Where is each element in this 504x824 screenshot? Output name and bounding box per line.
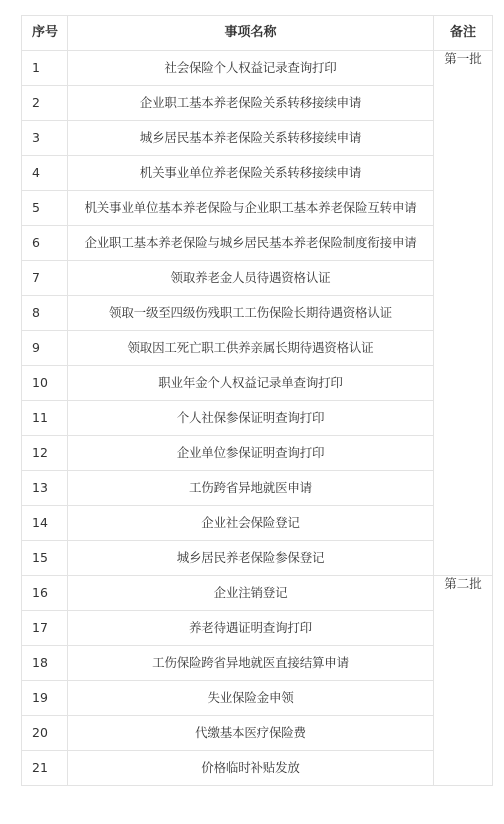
table-row: 20 代缴基本医疗保险费: [22, 716, 493, 751]
row-number: 19: [22, 681, 68, 716]
header-serial-number: 序号: [22, 16, 68, 51]
row-item-name: 工伤保险跨省异地就医直接结算申请: [68, 646, 434, 681]
batch-remark-first: 第一批: [434, 51, 493, 576]
row-number: 5: [22, 191, 68, 226]
table-row: 1 社会保险个人权益记录查询打印 第一批: [22, 51, 493, 86]
row-item-name: 社会保险个人权益记录查询打印: [68, 51, 434, 86]
batch-remark-second: 第二批: [434, 576, 493, 786]
table-row: 9 领取因工死亡职工供养亲属长期待遇资格认证: [22, 331, 493, 366]
row-number: 20: [22, 716, 68, 751]
row-item-name: 企业职工基本养老保险关系转移接续申请: [68, 86, 434, 121]
row-item-name: 企业单位参保证明查询打印: [68, 436, 434, 471]
row-number: 12: [22, 436, 68, 471]
table-row: 18 工伤保险跨省异地就医直接结算申请: [22, 646, 493, 681]
row-item-name: 工伤跨省异地就医申请: [68, 471, 434, 506]
row-item-name: 城乡居民基本养老保险关系转移接续申请: [68, 121, 434, 156]
row-item-name: 职业年金个人权益记录单查询打印: [68, 366, 434, 401]
row-number: 2: [22, 86, 68, 121]
row-number: 14: [22, 506, 68, 541]
table-row: 6 企业职工基本养老保险与城乡居民基本养老保险制度衔接申请: [22, 226, 493, 261]
row-number: 4: [22, 156, 68, 191]
row-item-name: 机关事业单位养老保险关系转移接续申请: [68, 156, 434, 191]
table-row: 5 机关事业单位基本养老保险与企业职工基本养老保险互转申请: [22, 191, 493, 226]
row-item-name: 企业注销登记: [68, 576, 434, 611]
table-row: 15 城乡居民养老保险参保登记: [22, 541, 493, 576]
table-row: 19 失业保险金申领: [22, 681, 493, 716]
row-number: 17: [22, 611, 68, 646]
row-item-name: 领取养老金人员待遇资格认证: [68, 261, 434, 296]
row-number: 7: [22, 261, 68, 296]
row-number: 18: [22, 646, 68, 681]
row-item-name: 价格临时补贴发放: [68, 751, 434, 786]
row-number: 1: [22, 51, 68, 86]
row-item-name: 养老待遇证明查询打印: [68, 611, 434, 646]
table-row: 7 领取养老金人员待遇资格认证: [22, 261, 493, 296]
row-item-name: 企业职工基本养老保险与城乡居民基本养老保险制度衔接申请: [68, 226, 434, 261]
row-item-name: 领取因工死亡职工供养亲属长期待遇资格认证: [68, 331, 434, 366]
row-number: 13: [22, 471, 68, 506]
row-number: 16: [22, 576, 68, 611]
table-row: 2 企业职工基本养老保险关系转移接续申请: [22, 86, 493, 121]
table-row: 21 价格临时补贴发放: [22, 751, 493, 786]
row-number: 3: [22, 121, 68, 156]
table-row: 13 工伤跨省异地就医申请: [22, 471, 493, 506]
row-item-name: 个人社保参保证明查询打印: [68, 401, 434, 436]
row-item-name: 企业社会保险登记: [68, 506, 434, 541]
table-row: 14 企业社会保险登记: [22, 506, 493, 541]
row-number: 21: [22, 751, 68, 786]
row-item-name: 领取一级至四级伤残职工工伤保险长期待遇资格认证: [68, 296, 434, 331]
table-row: 3 城乡居民基本养老保险关系转移接续申请: [22, 121, 493, 156]
table-row: 17 养老待遇证明查询打印: [22, 611, 493, 646]
table-row: 12 企业单位参保证明查询打印: [22, 436, 493, 471]
table-row: 10 职业年金个人权益记录单查询打印: [22, 366, 493, 401]
row-number: 10: [22, 366, 68, 401]
table-row: 11 个人社保参保证明查询打印: [22, 401, 493, 436]
header-remarks: 备注: [434, 16, 493, 51]
row-item-name: 代缴基本医疗保险费: [68, 716, 434, 751]
service-items-table: 序号 事项名称 备注 1 社会保险个人权益记录查询打印 第一批 2 企业职工基本…: [21, 15, 493, 786]
row-number: 11: [22, 401, 68, 436]
table-row: 8 领取一级至四级伤残职工工伤保险长期待遇资格认证: [22, 296, 493, 331]
row-number: 8: [22, 296, 68, 331]
table-row: 4 机关事业单位养老保险关系转移接续申请: [22, 156, 493, 191]
row-item-name: 城乡居民养老保险参保登记: [68, 541, 434, 576]
row-number: 6: [22, 226, 68, 261]
header-item-name: 事项名称: [68, 16, 434, 51]
row-item-name: 失业保险金申领: [68, 681, 434, 716]
table-header-row: 序号 事项名称 备注: [22, 16, 493, 51]
table-row: 16 企业注销登记 第二批: [22, 576, 493, 611]
row-item-name: 机关事业单位基本养老保险与企业职工基本养老保险互转申请: [68, 191, 434, 226]
row-number: 9: [22, 331, 68, 366]
row-number: 15: [22, 541, 68, 576]
